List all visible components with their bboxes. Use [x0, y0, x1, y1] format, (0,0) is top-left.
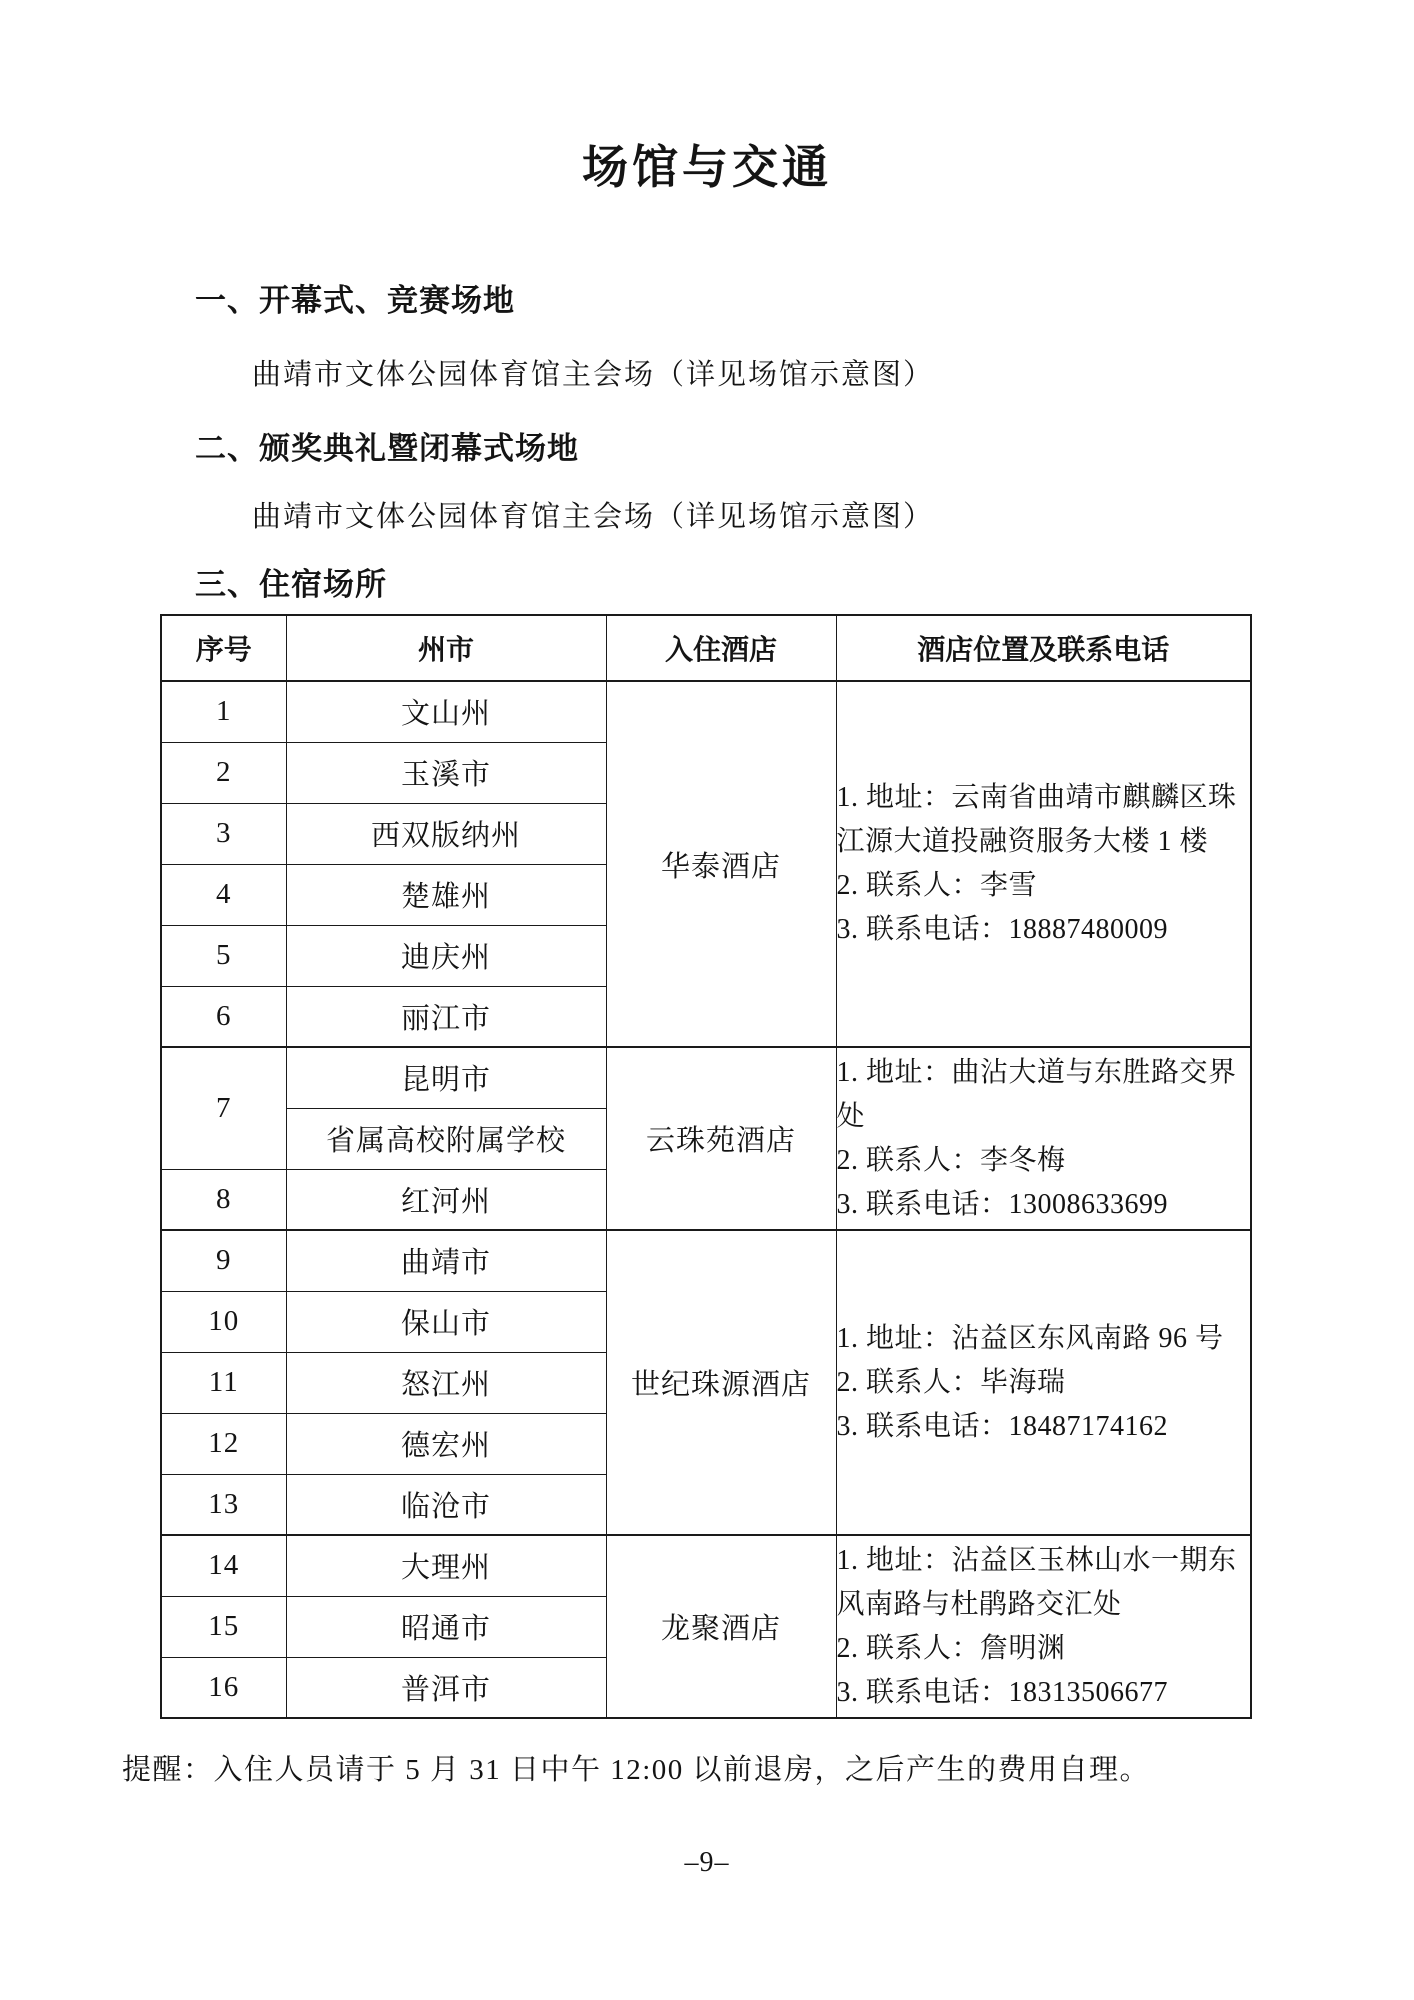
section-2-heading: 二、颁奖典礼暨闭幕式场地	[195, 428, 1294, 470]
cell-city: 西双版纳州	[286, 803, 606, 864]
cell-hotel-name: 龙聚酒店	[606, 1535, 836, 1718]
cell-city: 楚雄州	[286, 864, 606, 925]
reminder-note: 提醒：入住人员请于 5 月 31 日中午 12:00 以前退房，之后产生的费用自…	[122, 1749, 1296, 1791]
cell-serial-number: 9	[161, 1230, 286, 1291]
cell-city: 丽江市	[286, 986, 606, 1047]
cell-serial-number: 3	[161, 803, 286, 864]
cell-serial-number: 1	[161, 681, 286, 742]
cell-city: 临沧市	[286, 1474, 606, 1535]
cell-city: 文山州	[286, 681, 606, 742]
cell-city: 大理州	[286, 1535, 606, 1596]
cell-serial-number: 4	[161, 864, 286, 925]
cell-hotel-name: 云珠苑酒店	[606, 1047, 836, 1230]
cell-serial-number: 8	[161, 1169, 286, 1230]
hotel-info-line: 3. 联系电话：18487174162	[837, 1405, 1251, 1449]
cell-serial-number: 15	[161, 1596, 286, 1657]
cell-city: 怒江州	[286, 1352, 606, 1413]
cell-serial-number: 6	[161, 986, 286, 1047]
hotel-info-line: 3. 联系电话：18887480009	[837, 908, 1251, 952]
cell-hotel-name: 世纪珠源酒店	[606, 1230, 836, 1535]
col-header-hotel: 入住酒店	[606, 615, 836, 681]
page-title: 场馆与交通	[0, 140, 1414, 196]
hotel-info-line: 2. 联系人：李冬梅	[837, 1139, 1251, 1183]
sections: 一、开幕式、竞赛场地 曲靖市文体公园体育馆主会场（详见场馆示意图） 二、颁奖典礼…	[195, 280, 1294, 606]
cell-hotel-contact-info: 1. 地址：沾益区玉林山水一期东风南路与杜鹃路交汇处2. 联系人：詹明渊3. 联…	[836, 1535, 1251, 1718]
cell-city: 昆明市	[286, 1047, 606, 1108]
hotel-info-line: 3. 联系电话：18313506677	[837, 1671, 1251, 1715]
cell-city: 红河州	[286, 1169, 606, 1230]
table-row: 1文山州华泰酒店1. 地址：云南省曲靖市麒麟区珠江源大道投融资服务大楼 1 楼2…	[161, 681, 1251, 742]
col-header-no: 序号	[161, 615, 286, 681]
cell-hotel-contact-info: 1. 地址：曲沾大道与东胜路交界处2. 联系人：李冬梅3. 联系电话：13008…	[836, 1047, 1251, 1230]
cell-city: 迪庆州	[286, 925, 606, 986]
cell-city: 普洱市	[286, 1657, 606, 1718]
cell-city: 玉溪市	[286, 742, 606, 803]
cell-serial-number: 13	[161, 1474, 286, 1535]
cell-serial-number: 5	[161, 925, 286, 986]
hotel-info-line: 2. 联系人：詹明渊	[837, 1627, 1251, 1671]
col-header-contact: 酒店位置及联系电话	[836, 615, 1251, 681]
page-number: –9–	[0, 1847, 1414, 1879]
cell-city: 德宏州	[286, 1413, 606, 1474]
section-2-body: 曲靖市文体公园体育馆主会场（详见场馆示意图）	[252, 496, 1294, 538]
cell-city: 曲靖市	[286, 1230, 606, 1291]
hotel-info-line: 3. 联系电话：13008633699	[837, 1183, 1251, 1227]
table-row: 9曲靖市世纪珠源酒店1. 地址：沾益区东风南路 96 号2. 联系人：毕海瑞3.…	[161, 1230, 1251, 1291]
hotel-info-line: 2. 联系人：毕海瑞	[837, 1361, 1251, 1405]
section-3-heading: 三、住宿场所	[195, 564, 1294, 606]
cell-serial-number: 12	[161, 1413, 286, 1474]
hotel-info-line: 2. 联系人：李雪	[837, 864, 1251, 908]
cell-hotel-name: 华泰酒店	[606, 681, 836, 1047]
cell-serial-number: 11	[161, 1352, 286, 1413]
section-1-body: 曲靖市文体公园体育馆主会场（详见场馆示意图）	[252, 354, 1294, 396]
col-header-city: 州市	[286, 615, 606, 681]
cell-city: 昭通市	[286, 1596, 606, 1657]
document-page: 场馆与交通 一、开幕式、竞赛场地 曲靖市文体公园体育馆主会场（详见场馆示意图） …	[0, 0, 1414, 2000]
cell-serial-number: 2	[161, 742, 286, 803]
hotel-info-line: 1. 地址：云南省曲靖市麒麟区珠江源大道投融资服务大楼 1 楼	[837, 776, 1251, 864]
cell-serial-number: 10	[161, 1291, 286, 1352]
table-row: 7昆明市云珠苑酒店1. 地址：曲沾大道与东胜路交界处2. 联系人：李冬梅3. 联…	[161, 1047, 1251, 1108]
cell-serial-number: 7	[161, 1047, 286, 1169]
hotel-info-line: 1. 地址：沾益区玉林山水一期东风南路与杜鹃路交汇处	[837, 1539, 1251, 1627]
section-1-heading: 一、开幕式、竞赛场地	[195, 280, 1294, 322]
hotel-info-line: 1. 地址：沾益区东风南路 96 号	[837, 1317, 1251, 1361]
table-header-row: 序号 州市 入住酒店 酒店位置及联系电话	[161, 615, 1251, 681]
cell-serial-number: 14	[161, 1535, 286, 1596]
cell-hotel-contact-info: 1. 地址：云南省曲靖市麒麟区珠江源大道投融资服务大楼 1 楼2. 联系人：李雪…	[836, 681, 1251, 1047]
table-row: 14大理州龙聚酒店1. 地址：沾益区玉林山水一期东风南路与杜鹃路交汇处2. 联系…	[161, 1535, 1251, 1596]
cell-city: 保山市	[286, 1291, 606, 1352]
accommodation-table: 序号 州市 入住酒店 酒店位置及联系电话 1文山州华泰酒店1. 地址：云南省曲靖…	[160, 614, 1252, 1719]
hotel-info-line: 1. 地址：曲沾大道与东胜路交界处	[837, 1051, 1251, 1139]
cell-hotel-contact-info: 1. 地址：沾益区东风南路 96 号2. 联系人：毕海瑞3. 联系电话：1848…	[836, 1230, 1251, 1535]
cell-city: 省属高校附属学校	[286, 1108, 606, 1169]
cell-serial-number: 16	[161, 1657, 286, 1718]
